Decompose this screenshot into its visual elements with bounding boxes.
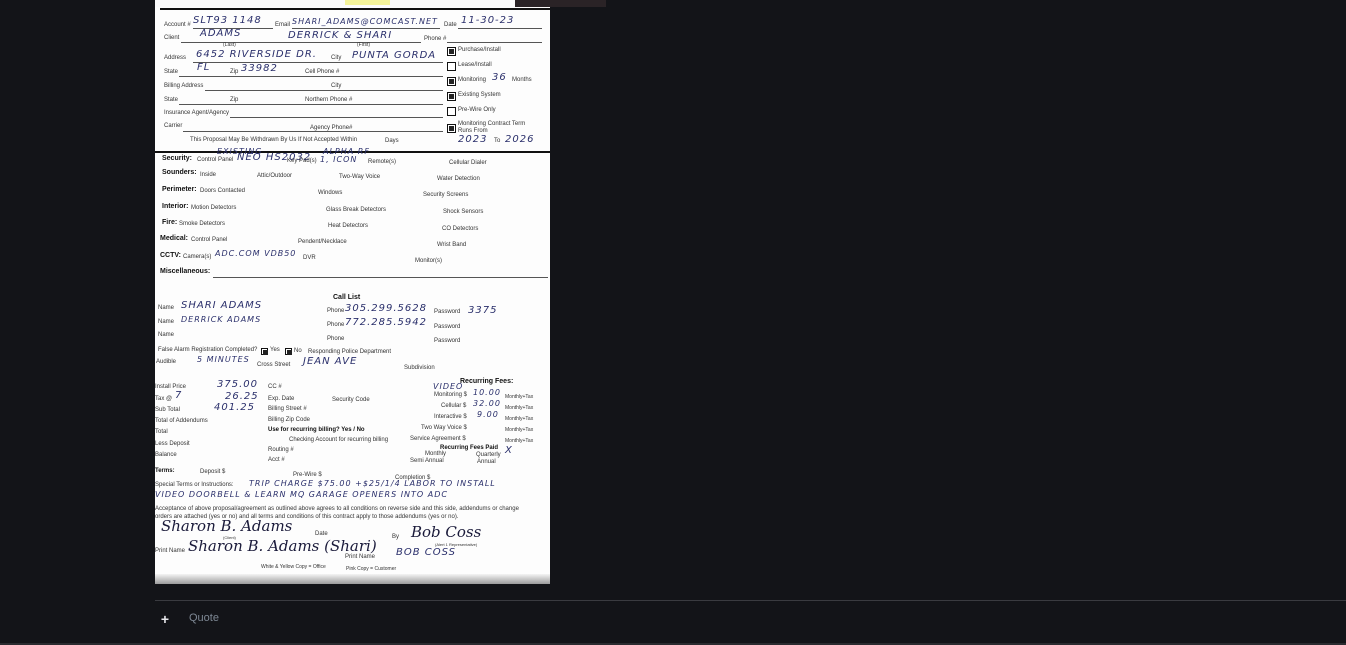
client-signature: Sharon B. Adams bbox=[161, 517, 292, 535]
lease-install-checkbox bbox=[447, 62, 456, 71]
insurance-label: Insurance Agent/Agency bbox=[164, 110, 229, 116]
monitoring-video-note: VIDEO bbox=[433, 382, 463, 391]
interactive-fee-label: Interactive $ bbox=[434, 414, 467, 420]
call-password-1: 3375 bbox=[468, 305, 497, 316]
email-label: Email bbox=[275, 22, 290, 28]
camera-label: Camera(s) bbox=[183, 254, 211, 260]
email-value: SHARI_ADAMS@COMCAST.NET bbox=[292, 17, 438, 26]
less-deposit-label: Less Deposit bbox=[155, 441, 190, 447]
client-first-value: DERRICK & SHARI bbox=[288, 30, 392, 41]
northern-phone-label: Northern Phone # bbox=[305, 97, 352, 103]
cellular-fee-suffix: Monthly+Tax bbox=[505, 405, 533, 411]
attached-contract-image[interactable]: Account # SLT93 1148 Email SHARI_ADAMS@C… bbox=[155, 7, 550, 584]
billing-state-label: State bbox=[164, 97, 178, 103]
rep-print-name: BOB COSS bbox=[396, 547, 456, 558]
withdraw-notice: This Proposal May Be Withdrawn By Us If … bbox=[190, 137, 357, 143]
control-panel-label: Control Panel bbox=[197, 157, 233, 163]
rep-print-name-label: Print Name bbox=[345, 554, 375, 560]
monitoring-fee-label: Monitoring $ bbox=[434, 392, 467, 398]
date-label: Date bbox=[444, 22, 457, 28]
pendent-label: Pendent/Necklace bbox=[298, 239, 347, 245]
by-label: By bbox=[392, 534, 399, 540]
heat-detectors-label: Heat Detectors bbox=[328, 223, 368, 229]
address-label: Address bbox=[164, 55, 186, 61]
shock-sensors-label: Shock Sensors bbox=[443, 209, 483, 215]
billing-address-label: Billing Address bbox=[164, 83, 203, 89]
medical-label: Medical: bbox=[160, 235, 188, 242]
call-name-1: SHARI ADAMS bbox=[181, 300, 262, 311]
call-password-label-1: Password bbox=[434, 309, 460, 315]
keypad-value: 1, ICON bbox=[320, 155, 357, 164]
term-from-value: 2023 bbox=[458, 134, 487, 145]
call-name-label-2: Name bbox=[158, 319, 174, 325]
doors-contacted-label: Doors Contacted bbox=[200, 188, 245, 194]
monitoring-label: Monitoring bbox=[458, 77, 486, 83]
exp-date-label: Exp. Date bbox=[268, 396, 294, 402]
subdivision-label: Subdivision bbox=[404, 365, 435, 371]
address-value: 6452 RIVERSIDE DR. bbox=[196, 49, 317, 60]
post-footer-divider bbox=[155, 600, 1346, 601]
special-terms-line-1: TRIP CHARGE $75.00 +$25/1/4 LABOR TO INS… bbox=[249, 479, 496, 488]
perimeter-label: Perimeter: bbox=[162, 186, 197, 193]
first-caption: (First) bbox=[357, 42, 370, 48]
call-password-label-3: Password bbox=[434, 338, 460, 344]
police-dept-label: Responding Police Department bbox=[308, 349, 391, 355]
scan-shadow bbox=[155, 574, 550, 584]
cctv-label: CCTV: bbox=[160, 252, 181, 259]
recurring-fees-paid-title: Recurring Fees Paid bbox=[440, 445, 498, 451]
addendums-label: Total of Addendums bbox=[155, 418, 208, 424]
two-way-voice-fee-suffix: Monthly+Tax bbox=[505, 427, 533, 433]
state-label: State bbox=[164, 69, 178, 75]
pre-wire-checkbox bbox=[447, 107, 456, 116]
monitoring-contract-label: Monitoring Contract Term Runs From bbox=[458, 121, 528, 135]
rep-signature: Bob Coss bbox=[411, 523, 481, 541]
purchase-install-label: Purchase/Install bbox=[458, 47, 501, 53]
terms-label: Terms: bbox=[155, 468, 175, 474]
cross-street-label: Cross Street bbox=[257, 362, 290, 368]
zip-label: Zip bbox=[230, 69, 238, 75]
audible-label: Audible bbox=[156, 359, 176, 365]
client-print-name-label: Print Name bbox=[155, 548, 185, 554]
call-phone-label-3: Phone bbox=[327, 336, 344, 342]
copy-customer-note: Pink Copy = Customer bbox=[346, 566, 396, 572]
client-label: Client bbox=[164, 35, 179, 41]
keypad-label: Key Pad(s) bbox=[287, 158, 317, 164]
tax-rate-value: 7 bbox=[175, 390, 182, 401]
copy-office-note: White & Yellow Copy = Office bbox=[261, 564, 326, 570]
wrist-band-label: Wrist Band bbox=[437, 242, 466, 248]
fire-label: Fire: bbox=[162, 219, 177, 226]
cross-street-value: JEAN AVE bbox=[303, 356, 357, 367]
semi-annual-label: Semi Annual bbox=[410, 458, 444, 464]
service-agreement-fee-label: Service Agreement $ bbox=[410, 436, 466, 442]
false-alarm-yes-label: Yes bbox=[270, 347, 280, 353]
last-caption: (Last) bbox=[223, 42, 236, 48]
false-alarm-yes-checkbox bbox=[261, 348, 268, 355]
inside-label: Inside bbox=[200, 172, 216, 178]
monitoring-months-value: 36 bbox=[492, 72, 507, 83]
recurring-billing-question: Use for recurring billing? Yes / No bbox=[268, 427, 365, 433]
dvr-label: DVR bbox=[303, 255, 316, 261]
call-phone-label-1: Phone bbox=[327, 308, 344, 314]
billing-city-label: City bbox=[331, 83, 341, 89]
cc-label: CC # bbox=[268, 384, 282, 390]
monitors-label: Monitor(s) bbox=[415, 258, 442, 264]
call-name-2: DERRICK ADAMS bbox=[181, 315, 261, 324]
phone-label: Phone # bbox=[424, 36, 446, 42]
call-name-label-3: Name bbox=[158, 332, 174, 338]
interactive-fee-suffix: Monthly+Tax bbox=[505, 416, 533, 422]
call-password-label-2: Password bbox=[434, 324, 460, 330]
account-label: Account # bbox=[164, 22, 191, 28]
monitoring-checkbox bbox=[447, 77, 456, 86]
monitoring-fee-suffix: Monthly+Tax bbox=[505, 394, 533, 400]
subtotal-value: 401.25 bbox=[214, 402, 255, 413]
tax-value: 26.25 bbox=[225, 391, 259, 402]
purchase-install-checkbox bbox=[447, 47, 456, 56]
zip-value: 33982 bbox=[241, 63, 278, 74]
install-price-value: 375.00 bbox=[217, 379, 258, 390]
city-value: PUNTA GORDA bbox=[352, 50, 436, 61]
terms-prewire-label: Pre-Wire $ bbox=[293, 472, 322, 478]
form-top-rule bbox=[160, 8, 550, 10]
terms-deposit-label: Deposit $ bbox=[200, 469, 225, 475]
previous-attachment-dark-strip bbox=[515, 0, 606, 7]
total-label: Total bbox=[155, 429, 168, 435]
service-agreement-fee-suffix: Monthly+Tax bbox=[505, 438, 533, 444]
state-value: FL bbox=[197, 62, 210, 73]
recurring-fees-title: Recurring Fees: bbox=[460, 378, 513, 385]
audible-value: 5 MINUTES bbox=[197, 355, 250, 364]
city-label: City bbox=[331, 55, 341, 61]
date-value: 11-30-23 bbox=[461, 15, 514, 26]
camera-value: ADC.COM VDB50 bbox=[215, 249, 296, 258]
medical-panel-label: Control Panel bbox=[191, 237, 227, 243]
quote-link[interactable]: Quote bbox=[189, 612, 219, 624]
interior-label: Interior: bbox=[162, 203, 188, 210]
remotes-label: Remote(s) bbox=[368, 159, 396, 165]
days-label: Days bbox=[385, 138, 399, 144]
motion-detectors-label: Motion Detectors bbox=[191, 205, 236, 211]
call-list-title: Call List bbox=[333, 294, 360, 301]
subtotal-label: Sub Total bbox=[155, 407, 180, 413]
quote-button[interactable]: + bbox=[155, 609, 175, 629]
monitoring-fee-value: 10.00 bbox=[473, 388, 501, 397]
existing-system-label: Existing System bbox=[458, 92, 501, 98]
cellular-fee-label: Cellular $ bbox=[441, 403, 466, 409]
co-detectors-label: CO Detectors bbox=[442, 226, 478, 232]
call-name-label-1: Name bbox=[158, 305, 174, 311]
checking-account-label: Checking Account for recurring billing bbox=[289, 437, 388, 443]
quarterly-mark: X bbox=[505, 445, 513, 456]
cell-phone-label: Cell Phone # bbox=[305, 69, 339, 75]
monitoring-contract-checkbox bbox=[447, 124, 456, 133]
carrier-label: Carrier bbox=[164, 123, 182, 129]
lease-install-label: Lease/Install bbox=[458, 62, 492, 68]
special-terms-line-2: VIDEO DOORBELL & LEARN MQ GARAGE OPENERS… bbox=[155, 490, 448, 499]
existing-system-checkbox bbox=[447, 92, 456, 101]
false-alarm-label: False Alarm Registration Completed? bbox=[158, 347, 257, 353]
attic-outdoor-label: Attic/Outdoor bbox=[257, 173, 292, 179]
interactive-fee-value: 9.00 bbox=[477, 410, 499, 419]
security-label: Security: bbox=[162, 155, 192, 162]
account-value: SLT93 1148 bbox=[193, 15, 262, 26]
billing-zip-code-label: Billing Zip Code bbox=[268, 417, 310, 423]
term-to-value: 2026 bbox=[505, 134, 534, 145]
previous-attachment-strip bbox=[155, 0, 515, 7]
security-code-label: Security Code bbox=[332, 397, 370, 403]
highlight-mark bbox=[345, 0, 390, 5]
call-phone-label-2: Phone bbox=[327, 322, 344, 328]
cellular-fee-value: 32.00 bbox=[473, 399, 501, 408]
plus-icon: + bbox=[161, 611, 169, 627]
special-terms-label: Special Terms or Instructions: bbox=[155, 482, 234, 488]
months-label: Months bbox=[512, 77, 532, 83]
tax-label: Tax @ bbox=[155, 396, 172, 402]
two-way-voice-fee-label: Two Way Voice $ bbox=[421, 425, 467, 431]
glass-break-label: Glass Break Detectors bbox=[326, 207, 386, 213]
cellular-dialer-label: Cellular Dialer bbox=[449, 160, 487, 166]
miscellaneous-label: Miscellaneous: bbox=[160, 268, 210, 275]
call-phone-2: 772.285.5942 bbox=[345, 317, 427, 328]
monthly-label: Monthly bbox=[425, 451, 446, 457]
pre-wire-label: Pre-Wire Only bbox=[458, 107, 496, 113]
billing-zip-label: Zip bbox=[230, 97, 238, 103]
balance-label: Balance bbox=[155, 452, 177, 458]
water-detection-label: Water Detection bbox=[437, 176, 480, 182]
acct-label: Acct # bbox=[268, 457, 285, 463]
call-phone-1: 305.299.5628 bbox=[345, 303, 427, 314]
false-alarm-no-checkbox bbox=[285, 348, 292, 355]
sounders-label: Sounders: bbox=[162, 169, 197, 176]
client-print-name: Sharon B. Adams (Shari) bbox=[188, 537, 377, 555]
term-to-label: To bbox=[494, 138, 500, 144]
billing-street-label: Billing Street # bbox=[268, 406, 307, 412]
client-last-value: ADAMS bbox=[200, 28, 241, 39]
smoke-detectors-label: Smoke Detectors bbox=[179, 221, 225, 227]
false-alarm-no-label: No bbox=[294, 348, 302, 354]
quarterly-label: Quarterly bbox=[476, 452, 501, 458]
two-way-voice-label: Two-Way Voice bbox=[339, 174, 380, 180]
annual-label: Annual bbox=[477, 459, 496, 465]
security-screens-label: Security Screens bbox=[423, 192, 468, 198]
windows-label: Windows bbox=[318, 190, 342, 196]
routing-label: Routing # bbox=[268, 447, 294, 453]
